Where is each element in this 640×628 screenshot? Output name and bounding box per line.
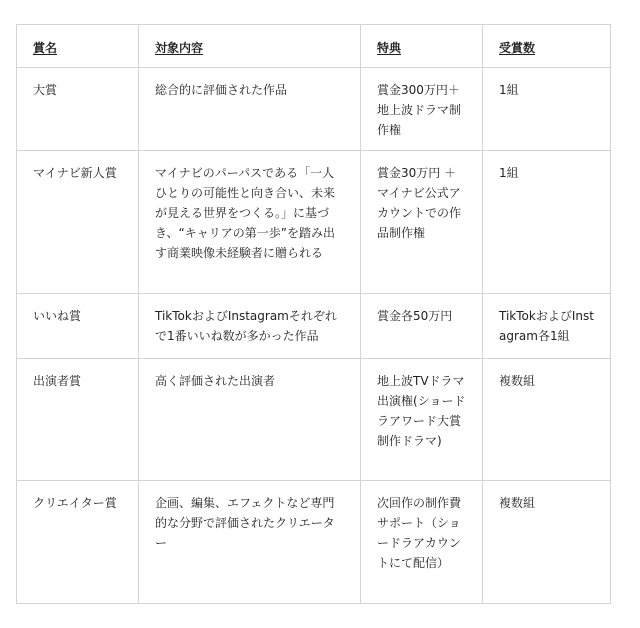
table-row: いいね賞 TikTokおよびInstagramそれぞれで1番いいね数が多かった作… <box>17 294 611 359</box>
table-row: 出演者賞 高く評価された出演者 地上波TVドラマ出演権(ショードラアワード大賞制… <box>17 359 611 481</box>
award-name-cell: クリエイター賞 <box>17 481 139 604</box>
award-name-cell: マイナビ新人賞 <box>17 151 139 294</box>
header-benefit: 特典 <box>361 25 483 68</box>
table-header-row: 賞名 対象内容 特典 受賞数 <box>17 25 611 68</box>
award-target-cell: TikTokおよびInstagramそれぞれで1番いいね数が多かった作品 <box>139 294 361 359</box>
award-benefit-cell: 地上波TVドラマ出演権(ショードラアワード大賞制作ドラマ) <box>361 359 483 481</box>
award-count-cell: TikTokおよびInstagram各1組 <box>483 294 611 359</box>
award-name-cell: 出演者賞 <box>17 359 139 481</box>
award-name-cell: いいね賞 <box>17 294 139 359</box>
table-row: クリエイター賞 企画、編集、エフェクトなど専門的な分野で評価されたクリエーター … <box>17 481 611 604</box>
header-target: 対象内容 <box>139 25 361 68</box>
award-target-cell: マイナビのパーパスである「一人ひとりの可能性と向き合い、未来が見える世界をつくる… <box>139 151 361 294</box>
header-award-name: 賞名 <box>17 25 139 68</box>
award-count-cell: 1組 <box>483 68 611 151</box>
award-benefit-cell: 次回作の制作費サポート（ショードラアカウントにて配信） <box>361 481 483 604</box>
table-row: マイナビ新人賞 マイナビのパーパスである「一人ひとりの可能性と向き合い、未来が見… <box>17 151 611 294</box>
award-target-cell: 企画、編集、エフェクトなど専門的な分野で評価されたクリエーター <box>139 481 361 604</box>
award-benefit-cell: 賞金300万円＋地上波ドラマ制作権 <box>361 68 483 151</box>
awards-table: 賞名 対象内容 特典 受賞数 大賞 総合的に評価された作品 賞金300万円＋地上… <box>16 24 611 604</box>
award-count-cell: 複数組 <box>483 359 611 481</box>
award-benefit-cell: 賞金各50万円 <box>361 294 483 359</box>
header-count: 受賞数 <box>483 25 611 68</box>
award-count-cell: 複数組 <box>483 481 611 604</box>
award-count-cell: 1組 <box>483 151 611 294</box>
award-target-cell: 総合的に評価された作品 <box>139 68 361 151</box>
award-target-cell: 高く評価された出演者 <box>139 359 361 481</box>
award-name-cell: 大賞 <box>17 68 139 151</box>
award-benefit-cell: 賞金30万円 ＋マイナビ公式アカウントでの作品制作権 <box>361 151 483 294</box>
table-row: 大賞 総合的に評価された作品 賞金300万円＋地上波ドラマ制作権 1組 <box>17 68 611 151</box>
